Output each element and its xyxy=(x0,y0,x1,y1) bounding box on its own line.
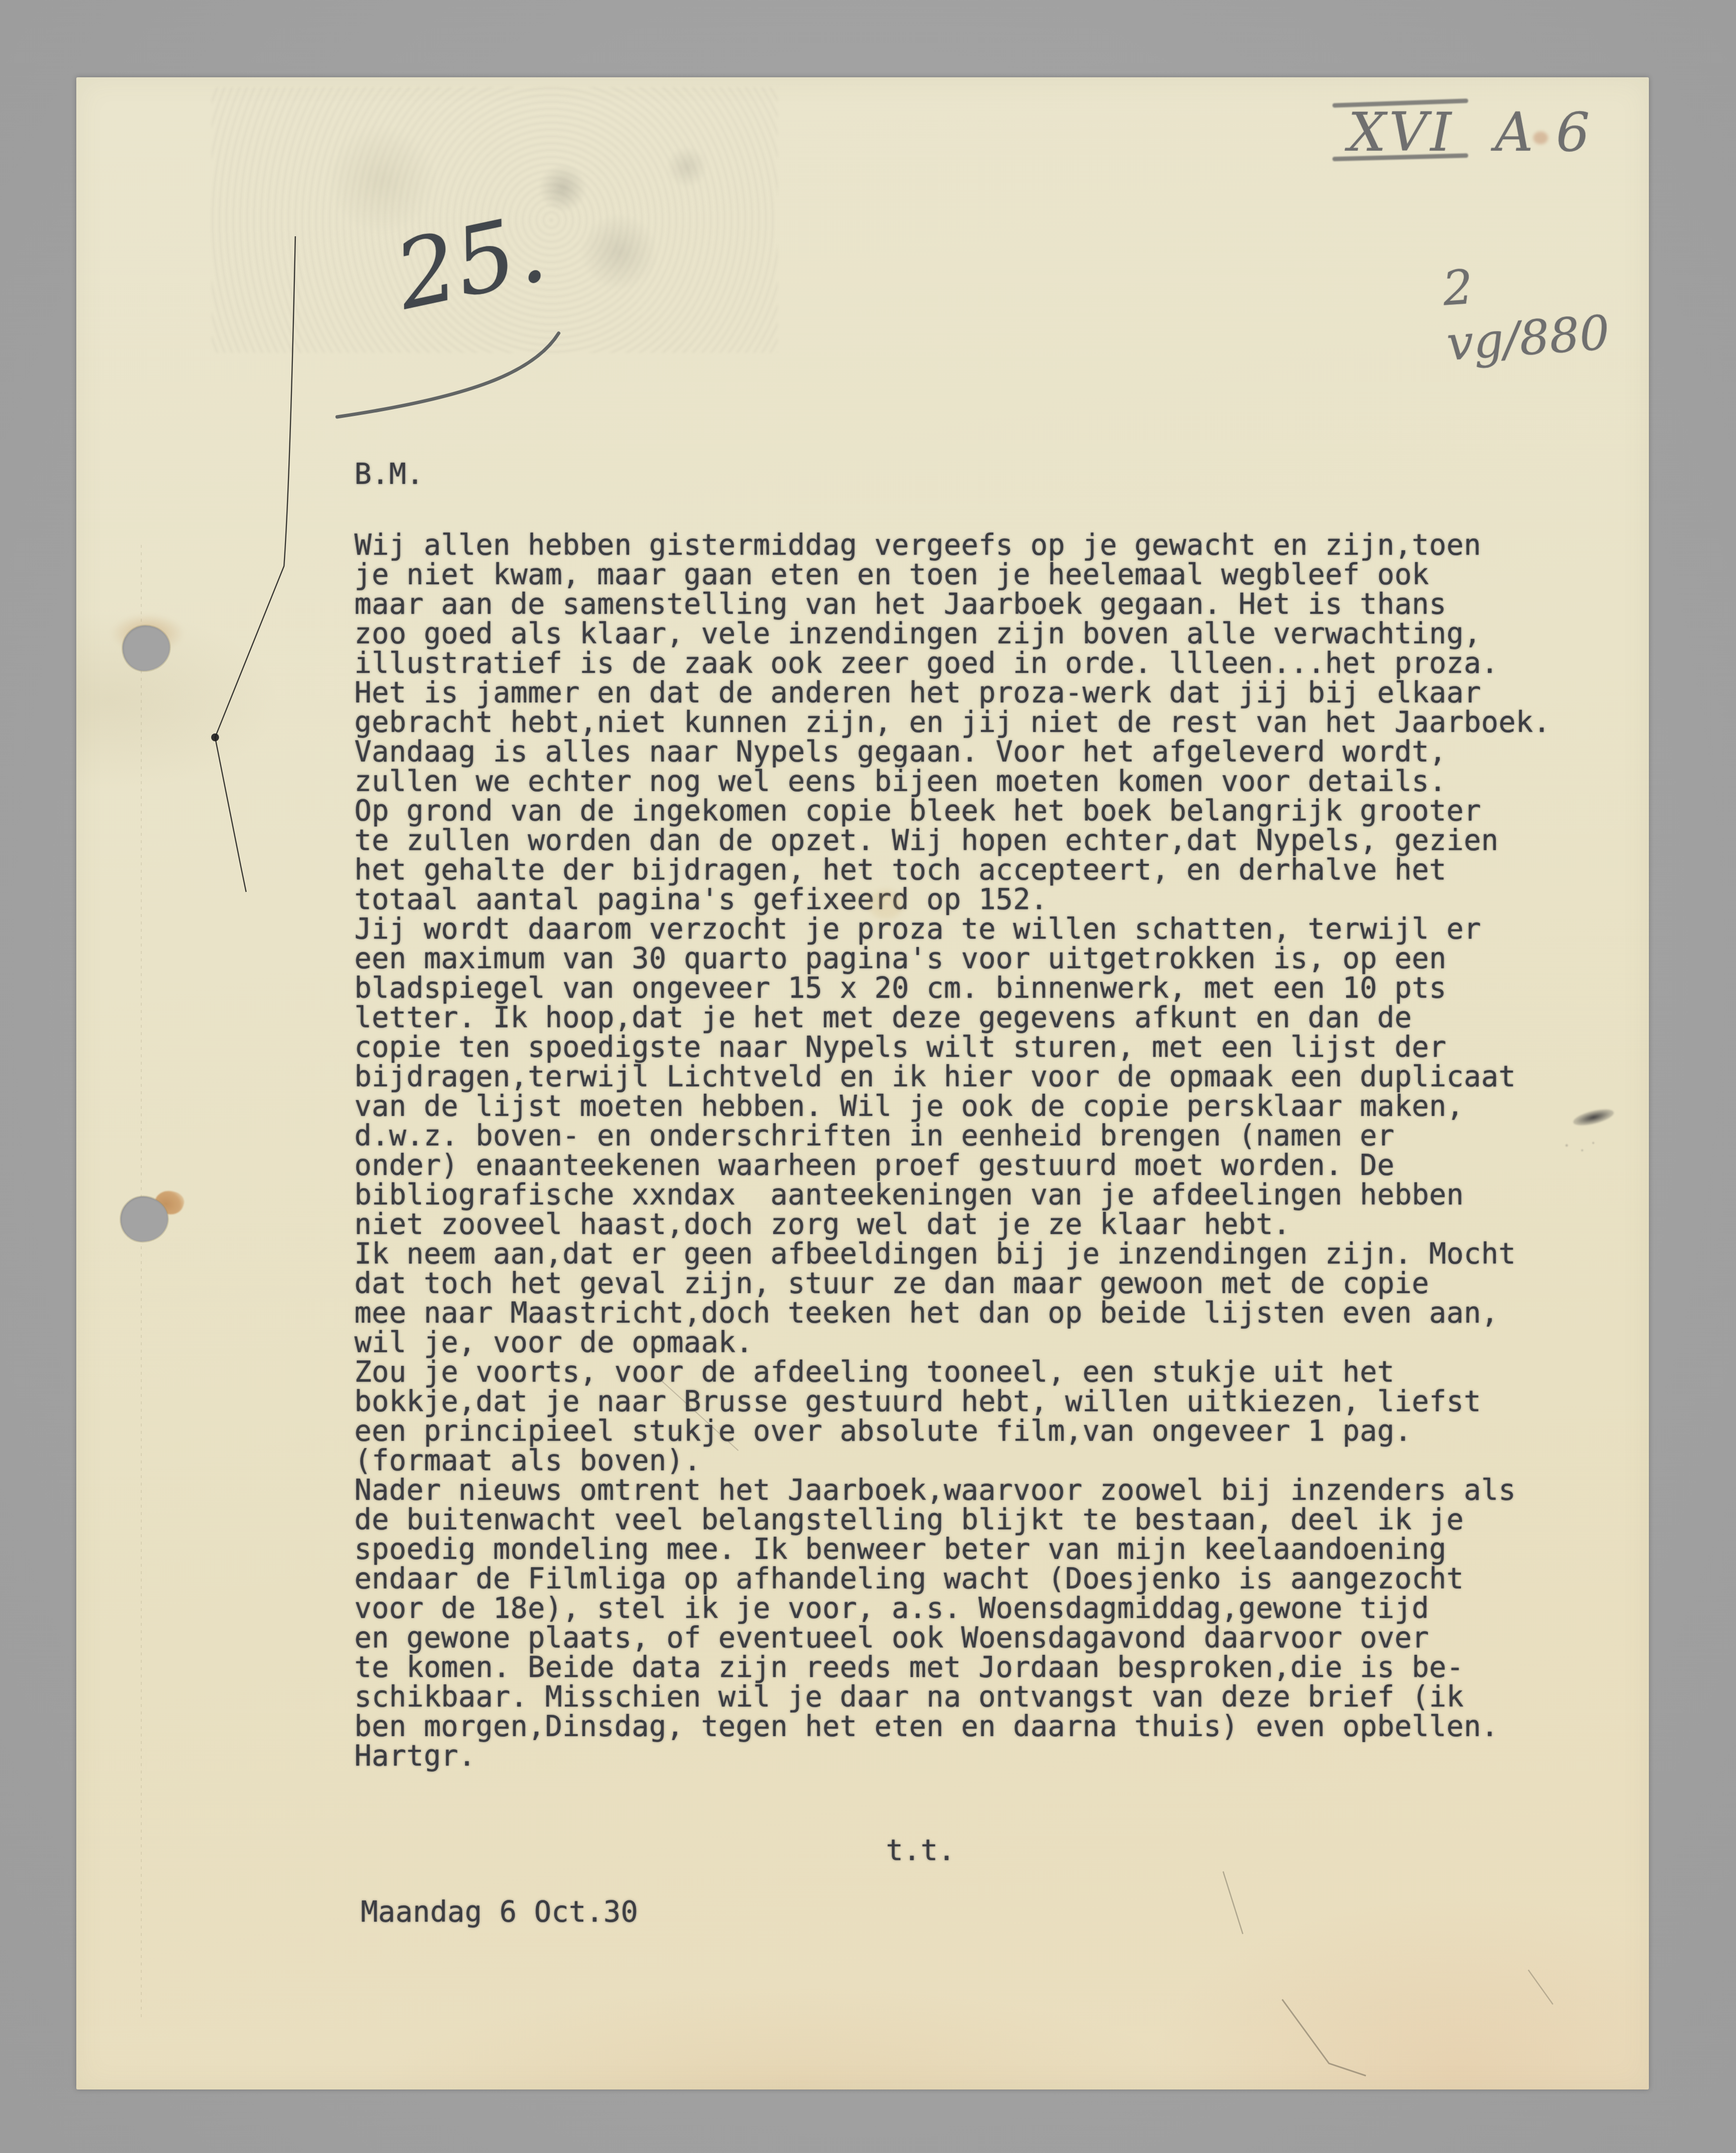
vertical-fold-line xyxy=(141,545,142,2022)
body-line: zoo goed als klaar, vele inzendingen zij… xyxy=(354,619,1550,648)
body-line: wil je, voor de opmaak. xyxy=(354,1328,1550,1357)
body-line: te komen. Beide data zijn reeds met Jord… xyxy=(354,1652,1550,1682)
body-line: te zullen worden dan de opzet. Wij hopen… xyxy=(354,825,1550,855)
body-line: onder) enaanteekenen waarheen proef gest… xyxy=(354,1150,1550,1180)
archive-code-struck: XVI xyxy=(1341,102,1461,163)
body-line: copie ten spoedigste naar Nypels wilt st… xyxy=(354,1032,1550,1062)
body-line: je niet kwam, maar gaan eten en toen je … xyxy=(354,560,1550,589)
punch-hole-top xyxy=(123,626,170,671)
body-line: Wij allen hebben gistermiddag vergeefs o… xyxy=(354,530,1550,560)
body-line: Hartgr. xyxy=(354,1741,1550,1771)
pencil-smudge-right xyxy=(1572,1106,1615,1129)
body-line: van de lijst moeten hebben. Wil je ook d… xyxy=(354,1091,1550,1121)
body-line: Vandaag is alles naar Nypels gegaan. Voo… xyxy=(354,737,1550,766)
body-line: Jij wordt daarom verzocht je proza te wi… xyxy=(354,914,1550,944)
body-line: Ik neem aan,dat er geen afbeeldingen bij… xyxy=(354,1239,1550,1268)
rust-stain xyxy=(1533,131,1548,144)
body-line: illustratief is de zaak ook zeer goed in… xyxy=(354,648,1550,678)
body-line: Nader nieuws omtrent het Jaarboek,waarvo… xyxy=(354,1475,1550,1505)
body-line: spoedig mondeling mee. Ik benweer beter … xyxy=(354,1534,1550,1564)
body-line: bladspiegel van ongeveer 15 x 20 cm. bin… xyxy=(354,973,1550,1003)
body-line: endaar de Filmliga op afhandeling wacht … xyxy=(354,1564,1550,1593)
body-line: maar aan de samenstelling van het Jaarbo… xyxy=(354,589,1550,619)
body-line: schikbaar. Misschien wil je daar na ontv… xyxy=(354,1682,1550,1711)
body-line: Op grond van de ingekomen copie bleek he… xyxy=(354,796,1550,825)
body-line: zullen we echter nog wel eens bijeen moe… xyxy=(354,766,1550,796)
body-line: niet zooveel haast,doch zorg wel dat je … xyxy=(354,1209,1550,1239)
body-line: letter. Ik hoop,dat je het met deze gege… xyxy=(354,1003,1550,1032)
pencil-smudge-specks xyxy=(1558,1136,1602,1160)
closing-formula: t.t. xyxy=(886,1834,955,1867)
body-line: totaal aantal pagina's gefixeerd op 152. xyxy=(354,885,1550,914)
body-line: voor de 18e), stel ik je voor, a.s. Woen… xyxy=(354,1593,1550,1623)
body-line: het gehalte der bijdragen, het toch acce… xyxy=(354,855,1550,885)
body-line: en gewone plaats, of eventueel ook Woens… xyxy=(354,1623,1550,1652)
archive-annotation: XVI A 6 2 vg/880 xyxy=(1341,92,1637,348)
body-line: bibliografische xxndax aanteekeningen va… xyxy=(354,1180,1550,1209)
body-line: bokkje,dat je naar Brusse gestuurd hebt,… xyxy=(354,1387,1550,1416)
letter-body: Wij allen hebben gistermiddag vergeefs o… xyxy=(354,530,1550,1771)
page-number-text: 25. xyxy=(386,193,555,331)
body-line: bijdragen,terwijl Lichtveld en ik hier v… xyxy=(354,1062,1550,1091)
salutation: B.M. xyxy=(354,457,424,491)
body-line: dat toch het geval zijn, stuur ze dan ma… xyxy=(354,1268,1550,1298)
body-line: d.w.z. boven- en onderschriften in eenhe… xyxy=(354,1121,1550,1150)
body-line: mee naar Maastricht,doch teeken het dan … xyxy=(354,1298,1550,1328)
date-line: Maandag 6 Oct.30 xyxy=(361,1895,638,1929)
letter-page: 25. XVI A 6 2 vg/880 B.M. Wij allen hebb… xyxy=(76,77,1649,2090)
body-line: een maximum van 30 quarto pagina's voor … xyxy=(354,944,1550,973)
tan-stain xyxy=(869,889,903,919)
archive-annotation-row2: 2 vg/880 xyxy=(1441,248,1641,372)
body-line: Het is jammer en dat de anderen het proz… xyxy=(354,678,1550,707)
body-line: ben morgen,Dinsdag, tegen het eten en da… xyxy=(354,1711,1550,1741)
handwritten-page-number: 25. xyxy=(322,161,598,437)
body-line: een principieel stukje over absolute fil… xyxy=(354,1416,1550,1446)
scanned-letter-photo: { "letter": { "page_number_annotation": … xyxy=(0,0,1736,2153)
body-line: Zou je voorts, voor de afdeeling tooneel… xyxy=(354,1357,1550,1387)
body-line: gebracht hebt,niet kunnen zijn, en jij n… xyxy=(354,707,1550,737)
body-line: (formaat als boven). xyxy=(354,1446,1550,1475)
body-line: de buitenwacht veel belangstelling blijk… xyxy=(354,1505,1550,1534)
archive-annotation-row1: XVI A 6 xyxy=(1341,102,1593,163)
